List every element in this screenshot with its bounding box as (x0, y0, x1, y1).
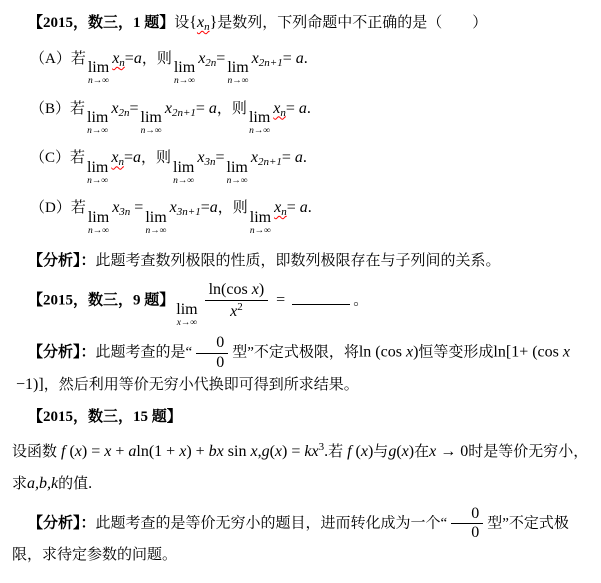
math-variable: x (402, 443, 409, 460)
math-run: = (130, 199, 143, 216)
math-run: . (304, 50, 308, 67)
fraction-denominator: 0 (200, 354, 224, 372)
math-subscript: 2n+1 (172, 107, 196, 119)
math-subscripted: x2n+1 (252, 51, 283, 67)
math-superscript: 2 (237, 301, 243, 313)
math-run: 0 (216, 354, 224, 371)
lim-text: lim (250, 210, 271, 226)
math-run: ln (cos (359, 344, 406, 361)
limit-operator: limn→∞ (227, 60, 248, 87)
math-variable: a (296, 50, 304, 67)
fraction-denominator: 0 (455, 524, 479, 542)
text-run: 若 (328, 444, 343, 460)
math-run: . (308, 199, 312, 216)
lim-subscript: n→∞ (174, 77, 195, 87)
text-run: 设 (174, 15, 189, 31)
math-run: = (283, 50, 296, 67)
lim-subscript: n→∞ (250, 227, 271, 237)
text-run: 在 (414, 444, 429, 460)
math-variable: a,b,k (27, 475, 58, 492)
math-variable: x (197, 14, 204, 31)
text-run: ，然后利用等价无穷小代换即可得到所求结果。 (44, 377, 359, 393)
lim-subscript: n→∞ (227, 77, 248, 87)
math-run: = (216, 50, 225, 67)
math-run: 0 (471, 524, 479, 541)
math-run: = (287, 199, 300, 216)
text-run: （A）若 (30, 51, 86, 67)
math-subscript: 3n (204, 156, 215, 168)
limit-operator: limn→∞ (250, 210, 271, 237)
math-variable: x (361, 443, 368, 460)
limit-operator: limn→∞ (88, 210, 109, 237)
math-variable: g (262, 443, 270, 460)
document-page: 【2015，数三，1 题】设{xn}是数列，下列命题中不正确的是（ ） （A）若… (0, 0, 601, 583)
math-run: ) = (82, 443, 104, 460)
math-run: ) = (282, 443, 304, 460)
lim-text: lim (145, 210, 166, 226)
lim-text: lim (88, 60, 109, 76)
lim-subscript: n→∞ (87, 177, 108, 187)
fraction-numerator: 0 (451, 506, 483, 525)
section-tag: 【分析】： (28, 253, 96, 269)
lim-text: lim (174, 60, 195, 76)
math-variable: x (563, 344, 570, 361)
q15-analysis: 【分析】：此题考查的是等价无穷小的题目，进而转化成为一个“00型”不定式极限，求… (8, 506, 593, 569)
text-run: （C）若 (30, 150, 85, 166)
fraction: 00 (451, 506, 483, 543)
math-subscripted: x3n (197, 150, 215, 166)
text-run: 设函数 (12, 444, 57, 460)
lim-subscript: n→∞ (88, 77, 109, 87)
math-run: → 0 (436, 443, 468, 460)
math-run: −1)] (12, 376, 44, 393)
text-run: 型”不定式极限，将 (232, 345, 359, 361)
lim-text: lim (173, 160, 194, 176)
math-run: = (215, 149, 224, 166)
section-tag: 【2015，数三，15 题】 (28, 409, 182, 425)
q1-option-c: （C）若limn→∞xn=a，则limn→∞x3n=limn→∞x2n+1= a… (8, 148, 593, 186)
text-run: 与 (373, 444, 388, 460)
math-variable: a (210, 199, 218, 216)
q1-analysis: 【分析】：此题考查数列极限的性质，即数列极限存在与子列间的关系。 (8, 248, 593, 274)
math-variable: a (295, 149, 303, 166)
lim-text: lim (87, 160, 108, 176)
limit-operator: limn→∞ (227, 160, 248, 187)
lim-text: lim (141, 110, 162, 126)
section-tag: 【分析】： (28, 515, 96, 531)
q15-body: 设函数 f (x) = x + aln(1 + x) + bx sin x,g(… (8, 436, 593, 500)
math-subscripted: xn (111, 150, 124, 166)
text-run: 此题考查的是“ (96, 345, 193, 361)
fraction: ln(cos x)x2 (205, 282, 269, 321)
q1-option-a: （A）若limn→∞xn=a，则limn→∞x2n=limn→∞x2n+1= a… (8, 49, 593, 87)
math-run: = (282, 149, 295, 166)
math-run: 0 (471, 505, 479, 522)
math-run: = (196, 100, 209, 117)
math-variable: x (406, 344, 413, 361)
math-subscript: 2n+1 (259, 57, 283, 69)
fraction-numerator: ln(cos x) (205, 282, 269, 301)
math-run: . (88, 475, 92, 492)
text-run: ，则 (141, 150, 171, 166)
math-run: . (307, 100, 311, 117)
q9-title-line: 【2015，数三，9 题】limx→∞ln(cos x)x2 = 。 (8, 282, 593, 329)
text-run: ，则 (217, 101, 247, 117)
q9-analysis: 【分析】：此题考查的是“00型”不定式极限，将ln (cos x)恒等变形成ln… (8, 335, 593, 400)
fraction-denominator: x2 (230, 301, 243, 321)
math-run: sin (224, 443, 251, 460)
q1-option-b: （B）若limn→∞x2n=limn→∞x2n+1= a，则limn→∞xn= … (8, 99, 593, 137)
math-subscripted: x2n+1 (251, 150, 282, 166)
math-run: ) (259, 281, 264, 298)
math-variable: x (75, 443, 82, 460)
math-run: ln[1+ (cos (493, 344, 562, 361)
math-variable: x (275, 443, 282, 460)
math-subscript: 3n (119, 206, 130, 218)
lim-text: lim (227, 60, 248, 76)
limit-operator: limn→∞ (249, 110, 270, 137)
math-run: = (124, 149, 133, 166)
math-subscripted: x3n (112, 200, 130, 216)
lim-text: lim (88, 210, 109, 226)
math-variable: x (165, 100, 172, 117)
math-run: 0 (216, 334, 224, 351)
math-run: + (111, 443, 128, 460)
text-run: 此题考查的是等价无穷小的题目，进而转化成为一个“ (96, 515, 448, 531)
math-subscript: 2n (205, 57, 216, 69)
limit-operator: limn→∞ (141, 110, 162, 137)
math-subscripted: x3n+1 (170, 200, 201, 216)
limit-operator: limn→∞ (173, 160, 194, 187)
math-variable: f (57, 443, 69, 460)
math-subscript: 2n+1 (258, 156, 282, 168)
math-run: { (189, 14, 197, 31)
math-run: = (272, 292, 289, 309)
fraction: 00 (196, 335, 228, 372)
limit-operator: limx→∞ (176, 302, 197, 329)
math-variable: x (252, 50, 259, 67)
math-run: = (125, 50, 134, 67)
lim-text: lim (227, 160, 248, 176)
math-subscripted: xn (274, 200, 287, 216)
text-run: 是数列，下列命题中不正确的是（ ） (217, 15, 487, 31)
lim-subscript: x→∞ (177, 319, 198, 329)
math-variable: x (252, 281, 259, 298)
math-subscripted: x2n+1 (165, 101, 196, 117)
limit-operator: limn→∞ (88, 60, 109, 87)
q1-option-d: （D）若limn→∞x3n =limn→∞x3n+1=a，则limn→∞xn= … (8, 198, 593, 236)
math-variable: a (300, 199, 308, 216)
text-run: ，则 (218, 200, 248, 216)
lim-subscript: n→∞ (87, 127, 108, 137)
math-run: . (303, 149, 307, 166)
math-run: = (129, 100, 138, 117)
lim-subscript: n→∞ (173, 177, 194, 187)
lim-subscript: n→∞ (249, 127, 270, 137)
limit-operator: limn→∞ (145, 210, 166, 237)
lim-subscript: n→∞ (88, 227, 109, 237)
math-subscript: 3n+1 (177, 206, 201, 218)
text-run: 此题考查数列极限的性质，即数列极限存在与子列间的关系。 (96, 253, 501, 269)
lim-text: lim (176, 302, 197, 318)
math-variable: bx (209, 443, 224, 460)
text-run: ，则 (142, 51, 172, 67)
math-variable: a (299, 100, 307, 117)
text-run: （B）若 (30, 101, 85, 117)
math-variable: a (133, 149, 141, 166)
math-variable: a (209, 100, 217, 117)
math-subscripted: xn (112, 51, 125, 67)
text-run: （D）若 (30, 200, 86, 216)
math-variable: f (343, 443, 355, 460)
math-run: = (286, 100, 299, 117)
text-run: 。 (353, 293, 368, 309)
section-tag: 【2015，数三，9 题】 (28, 293, 174, 309)
math-variable: a (134, 50, 142, 67)
math-run: ln(cos (209, 281, 252, 298)
q15-title: 【2015，数三，15 题】 (8, 407, 593, 427)
math-variable: x (251, 149, 258, 166)
math-subscripted: x2n (198, 51, 216, 67)
fraction-numerator: 0 (196, 335, 228, 354)
math-superscripted: kx3 (304, 444, 324, 460)
q1-title: 【2015，数三，1 题】设{xn}是数列，下列命题中不正确的是（ ） (8, 12, 593, 35)
math-run: ) + (186, 443, 208, 460)
math-subscripted: xn (197, 15, 210, 31)
math-subscript: 2n (118, 107, 129, 119)
lim-text: lim (87, 110, 108, 126)
section-tag: 【2015，数三，1 题】 (28, 15, 174, 31)
lim-subscript: n→∞ (227, 177, 248, 187)
math-subscripted: x2n (111, 101, 129, 117)
math-run: ln(1 + (136, 443, 179, 460)
lim-subscript: n→∞ (145, 227, 166, 237)
lim-text: lim (249, 110, 270, 126)
math-variable: x (250, 443, 257, 460)
math-variable: kx (304, 443, 318, 460)
math-variable: x (170, 199, 177, 216)
math-superscripted: x2 (230, 304, 243, 320)
limit-operator: limn→∞ (87, 160, 108, 187)
text-run: 的值 (58, 476, 88, 492)
section-tag: 【分析】： (28, 345, 96, 361)
answer-blank (292, 289, 350, 305)
limit-operator: limn→∞ (87, 110, 108, 137)
math-run: = (201, 199, 210, 216)
math-subscripted: xn (273, 101, 286, 117)
text-run: 恒等变形成 (418, 345, 493, 361)
limit-operator: limn→∞ (174, 60, 195, 87)
lim-subscript: n→∞ (141, 127, 162, 137)
